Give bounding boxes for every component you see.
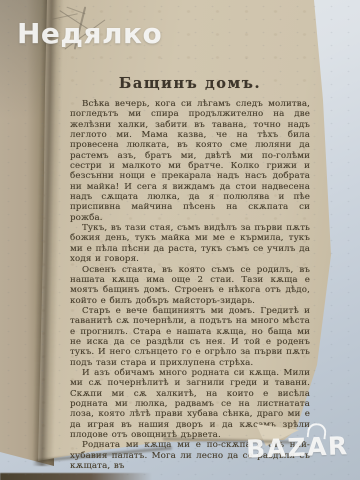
page-text: Всѣка вечерь, кога си лѣгамъ следъ молит… (70, 99, 310, 471)
bazar-logo-text: BAZAR (246, 431, 350, 464)
paragraph: И азъ обичамъ много родната си кѫща. Мил… (70, 368, 310, 440)
paragraph: Всѣка вечерь, кога си лѣгамъ следъ молит… (70, 99, 310, 223)
shopping-bag-icon (307, 422, 328, 439)
paragraph: Освенъ стаята, въ която съмъ се родилъ, … (70, 265, 310, 306)
paragraph: Тукъ, въ тази стая, съмъ видѣлъ за първи… (70, 223, 310, 264)
seller-watermark: Недялко (17, 17, 162, 50)
table-edge-shadow (0, 473, 152, 480)
bazar-logo-watermark: BAZAR (246, 431, 350, 464)
paragraph: Старъ е вече бащиниятъ ми домъ. Гредитѣ … (70, 306, 310, 368)
page-title: Бащинъ домъ. (70, 75, 310, 92)
listing-photo: Бащинъ домъ. Всѣка вечерь, кога си лѣгам… (0, 0, 360, 480)
